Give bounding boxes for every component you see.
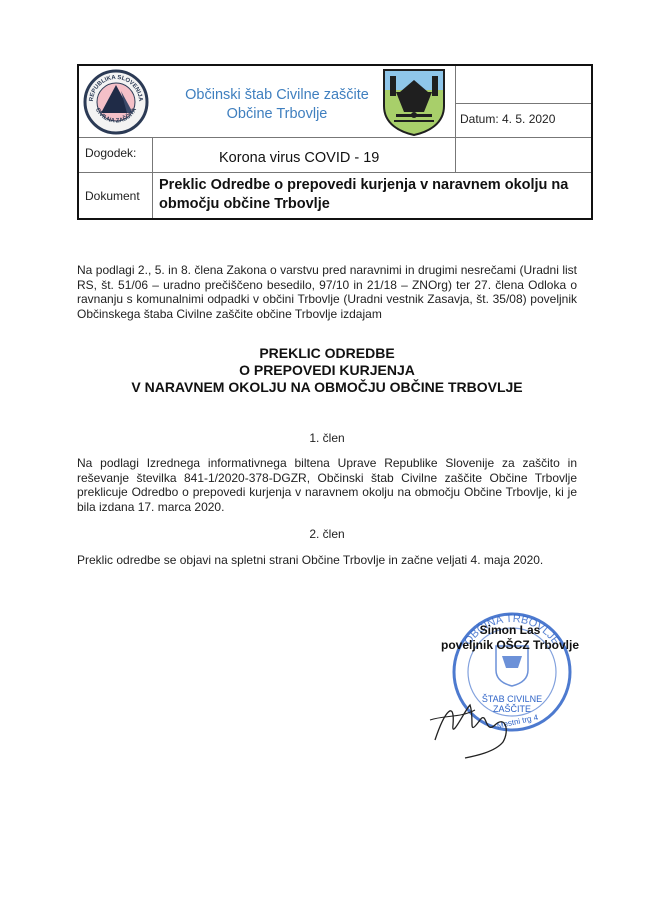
row-divider [79, 137, 591, 138]
organization-name: Občinski štab Civilne zaščite Občine Trb… [167, 86, 387, 124]
handwritten-signature-icon [425, 680, 535, 760]
heading-line2: O PREPOVEDI KURJENJA [77, 362, 577, 379]
signatory-name: Simon Las [430, 623, 590, 638]
article1-title: 1. člen [77, 431, 577, 445]
heading-line3: V NARAVNEM OKOLJU NA OBMOČJU OBČINE TRBO… [77, 379, 577, 396]
row-divider [79, 172, 591, 173]
signatory-role: poveljnik OŠCZ Trbovlje [430, 638, 590, 653]
trbovlje-coat-of-arms-icon [382, 68, 446, 136]
document-title: Preklic Odredbe o prepovedi kurjenja v n… [159, 176, 589, 214]
heading-line1: PREKLIC ODREDBE [77, 345, 577, 362]
date-cell-divider [456, 103, 591, 104]
document-date: Datum: 4. 5. 2020 [460, 112, 555, 126]
intro-paragraph: Na podlagi 2., 5. in 8. člena Zakona o v… [77, 263, 577, 321]
org-name-line1: Občinski štab Civilne zaščite [167, 86, 387, 105]
signatory: Simon Las poveljnik OŠCZ Trbovlje [430, 623, 590, 653]
label-column-divider [152, 137, 153, 218]
date-column-divider [455, 66, 456, 173]
decree-heading: PREKLIC ODREDBE O PREPOVEDI KURJENJA V N… [77, 345, 577, 396]
article2-title: 2. člen [77, 527, 577, 541]
header-table: REPUBLIKA SLOVENIJA CIVILNA ZAŠČITA Obči… [77, 64, 593, 220]
event-value: Korona virus COVID - 19 [219, 150, 379, 166]
event-label: Dogodek: [85, 146, 136, 160]
org-name-line2: Občine Trbovlje [167, 105, 387, 124]
civil-protection-seal-icon: REPUBLIKA SLOVENIJA CIVILNA ZAŠČITA [83, 69, 149, 135]
document-label: Dokument [85, 189, 140, 203]
article1-text: Na podlagi Izrednega informativnega bilt… [77, 456, 577, 514]
article2-text: Preklic odredbe se objavi na spletni str… [77, 553, 577, 568]
